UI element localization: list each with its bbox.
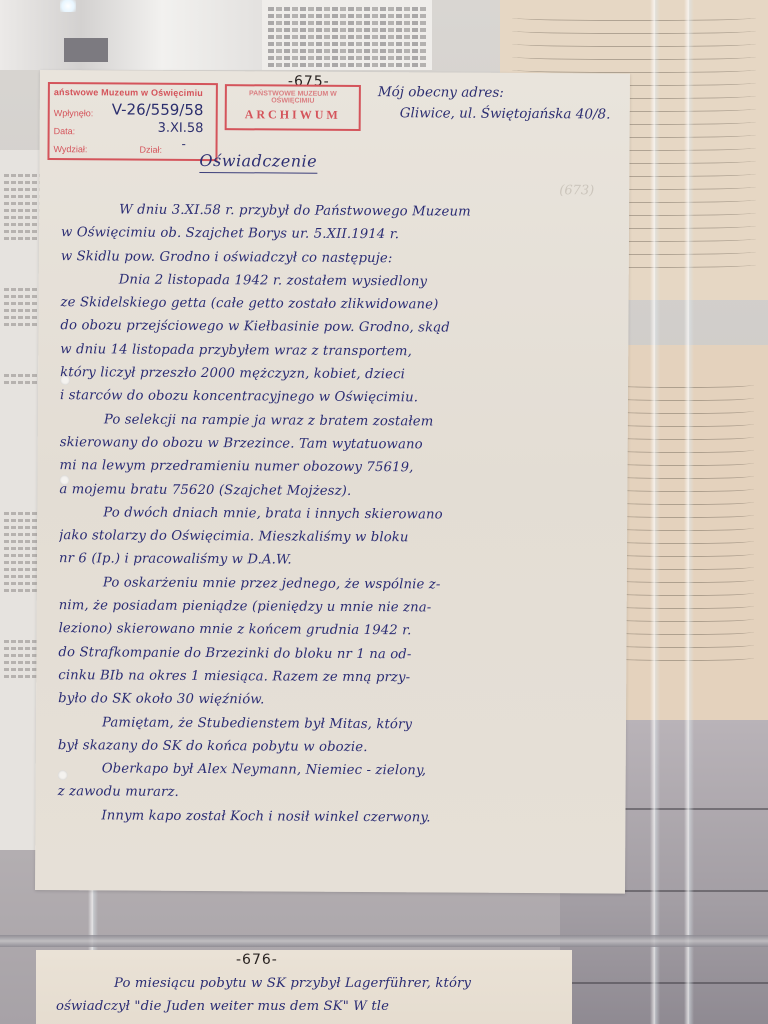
glass-case-edge	[684, 0, 694, 1024]
text-line: Oberkapo był Alex Neymann, Niemiec - zie…	[58, 757, 613, 784]
stamp-title: aństwowe Muzeum w Oświęcimiu	[54, 87, 212, 98]
testimony-text: Po miesiącu pobytu w SK przybył Lagerfüh…	[56, 972, 576, 1019]
text-line: Po oskarżeniu mnie przez jednego, że wsp…	[59, 571, 614, 598]
faint-page-number: (673)	[559, 183, 594, 198]
archive-stamp: PAŃSTWOWE MUZEUM W OŚWIĘCIMIU ARCHIWUM	[225, 84, 361, 131]
background-object	[64, 38, 108, 62]
text-line: który liczył przeszło 2000 mężczyzn, kob…	[60, 361, 615, 388]
address-label: Mój obecny adres:	[378, 82, 638, 105]
text-line: cinku BIb na okres 1 miesiąca. Razem ze …	[58, 664, 613, 691]
text-line: W dniu 3.XI.58 r. przybył do Państwowego…	[61, 198, 616, 225]
text-line: było do SK około 30 więźniów.	[58, 687, 613, 714]
typed-document-background	[262, 0, 432, 70]
text-line: z zawodu murarz.	[58, 781, 613, 808]
glass-case-edge	[88, 880, 98, 960]
text-line: skierowany do obozu w Brzezince. Tam wyt…	[60, 431, 615, 458]
text-line: leziono) skierowano mnie z końcem grudni…	[59, 617, 614, 644]
ceiling-light	[60, 0, 76, 12]
text-line: Dnia 2 listopada 1942 r. zostałem wysied…	[61, 268, 616, 295]
text-line: ze Skidelskiego getta (całe getto został…	[61, 291, 616, 318]
text-line: mi na lewym przedramieniu numer obozowy …	[60, 454, 615, 481]
text-line: był skazany do SK do końca pobytu w oboz…	[58, 734, 613, 761]
glass-case-frame	[0, 935, 768, 947]
text-line: Pamiętam, że Stubedienstem był Mitas, kt…	[58, 711, 613, 738]
address-value: Gliwice, ul. Świętojańska 40/8.	[378, 103, 638, 126]
stamp-label-wplynelo: Wpłynęło:	[54, 108, 94, 118]
stamp-label-wydzial: Wydział:	[53, 144, 87, 154]
glass-case-edge	[650, 0, 660, 1024]
background-wall	[0, 0, 270, 70]
text-line: w Skidlu pow. Grodno i oświadczył co nas…	[61, 245, 616, 272]
text-line: w dniu 14 listopada przybyłem wraz z tra…	[60, 338, 615, 365]
stamp-label-data: Data:	[54, 126, 76, 136]
stamp-value-dzial: -	[182, 137, 186, 151]
text-line: nr 6 (Ip.) i pracowaliśmy w D.A.W.	[59, 548, 614, 575]
text-line: jako stolarzy do Oświęcimia. Mieszkaliśm…	[59, 524, 614, 551]
archive-stamp-text: ARCHIWUM	[227, 107, 359, 123]
text-line: oświadczył "die Juden weiter mus dem SK"…	[56, 995, 576, 1018]
testimony-document: -675- aństwowe Muzeum w Oświęcimiu Wpłyn…	[35, 70, 630, 894]
page-number: -676-	[236, 952, 278, 968]
text-line: do obozu przejściowego w Kiełbasinie pow…	[60, 315, 615, 342]
text-line: w Oświęcimiu ob. Szajchet Borys ur. 5.XI…	[61, 221, 616, 248]
stamp-value-date: 3.XI.58	[158, 121, 204, 136]
testimony-text: W dniu 3.XI.58 r. przybył do Państwowego…	[57, 198, 616, 830]
text-line: Po dwóch dniach mnie, brata i innych ski…	[59, 501, 614, 528]
museum-registration-stamp: aństwowe Muzeum w Oświęcimiu Wpłynęło: V…	[47, 82, 217, 161]
current-address: Mój obecny adres: Gliwice, ul. Świętojań…	[378, 82, 638, 126]
text-line: nim, że posiadam pieniądze (pieniędzy u …	[59, 594, 614, 621]
text-line: Po miesiącu pobytu w SK przybył Lagerfüh…	[56, 972, 576, 995]
text-line: i starców do obozu koncentracyjnego w Oś…	[60, 385, 615, 412]
text-line: a mojemu bratu 75620 (Szajchet Mojżesz).	[59, 478, 614, 505]
document-heading: Oświadczenie	[199, 151, 317, 174]
stamp-label-dzial: Dział:	[139, 145, 162, 155]
text-line: do Strafkompanie do Brzezinki do bloku n…	[58, 641, 613, 668]
text-line: Innym kapo został Koch i nosił winkel cz…	[57, 804, 612, 831]
text-line: Po selekcji na rampie ja wraz z bratem z…	[60, 408, 615, 435]
testimony-document-next-page: -676- Po miesiącu pobytu w SK przybył La…	[36, 950, 572, 1024]
stamp-value-reference: V-26/559/58	[112, 100, 204, 119]
archive-stamp-small-text: PAŃSTWOWE MUZEUM W OŚWIĘCIMIU	[227, 90, 359, 105]
